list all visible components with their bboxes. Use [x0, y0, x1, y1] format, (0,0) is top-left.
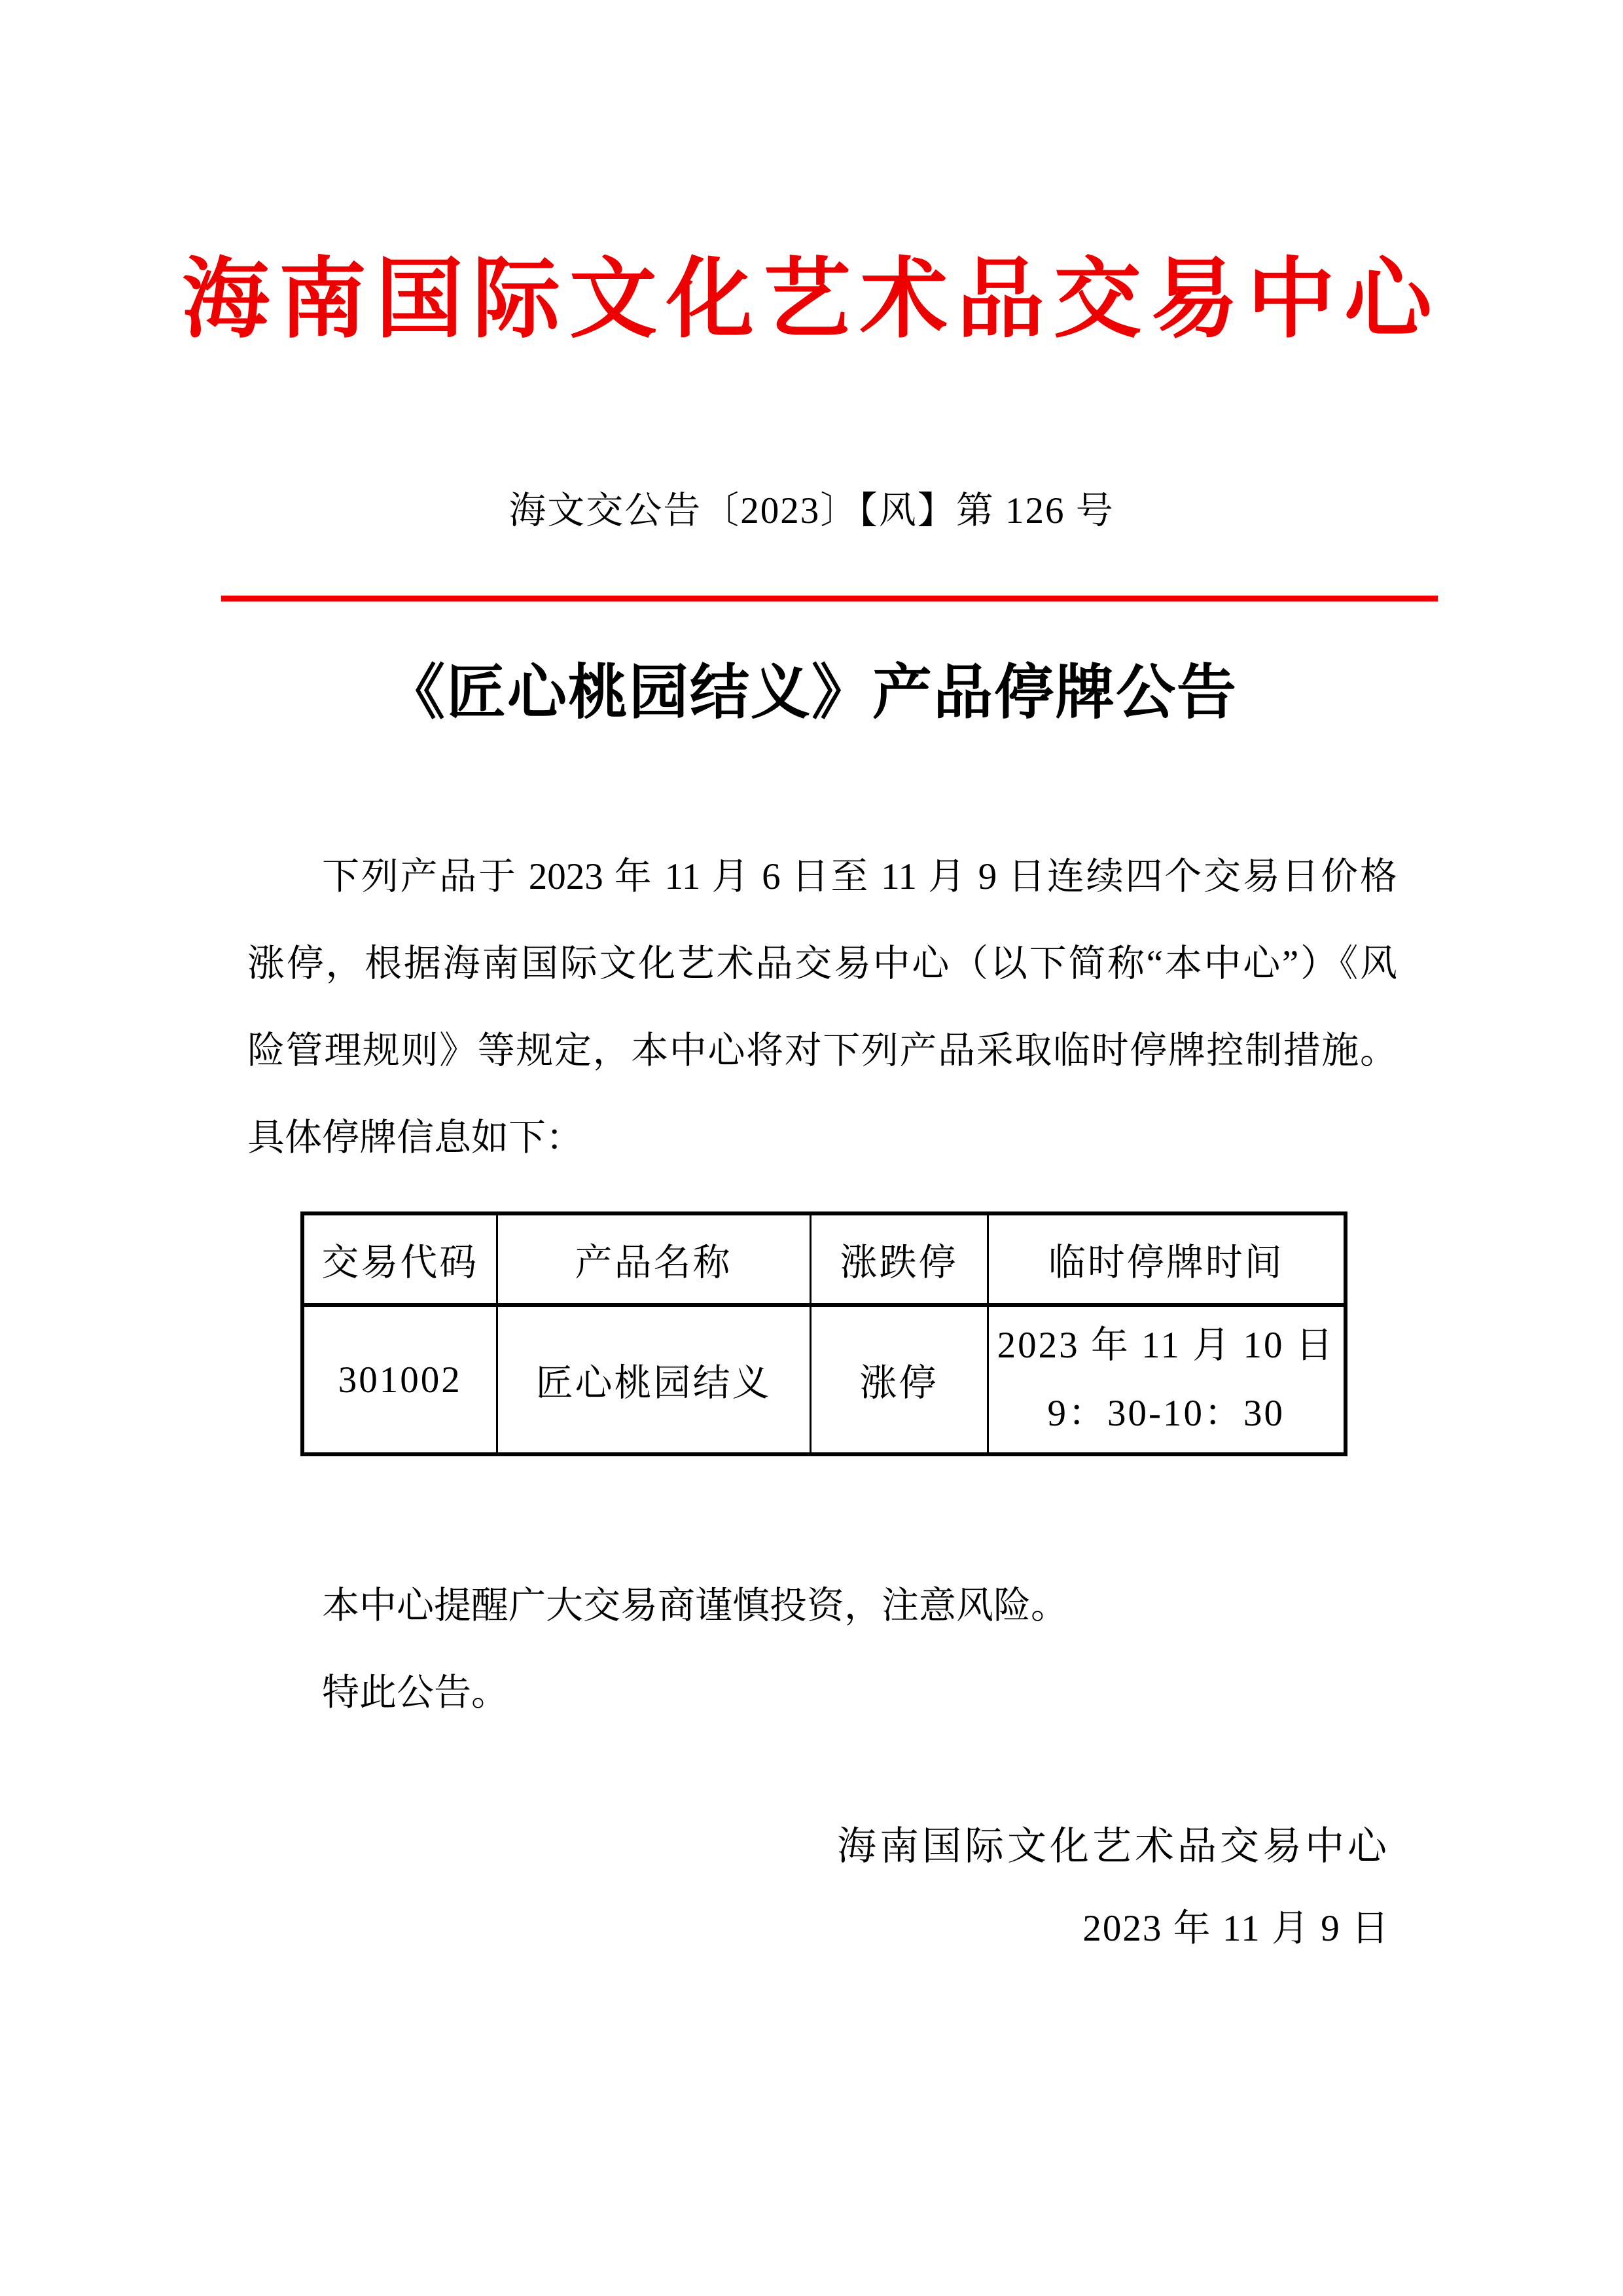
closing-paragraph: 本中心提醒广大交易商谨慎投资，注意风险。 特此公告。: [247, 1562, 1397, 1736]
announcement-document: 海南国际文化艺术品交易中心 海文交公告〔2023〕【风】第 126 号 《匠心桃…: [0, 0, 1623, 2296]
paragraph-line-2: 涨停，根据海南国际文化艺术品交易中心（以下简称“本中心”）《风: [247, 920, 1397, 1007]
paragraph-line-3: 险管理规则》等规定，本中心将对下列产品采取临时停牌控制措施。: [247, 1007, 1397, 1094]
cell-product-name: 匠心桃园结义: [497, 1305, 810, 1454]
header-trade-code: 交易代码: [302, 1213, 497, 1305]
header-suspension-time: 临时停牌时间: [988, 1213, 1346, 1305]
risk-reminder-line: 本中心提醒广大交易商谨慎投资，注意风险。: [247, 1562, 1397, 1649]
signature-org: 海南国际文化艺术品交易中心: [0, 1823, 1390, 1869]
suspension-table-wrapper: 交易代码 产品名称 涨跌停 临时停牌时间 301002 匠心桃园结义 涨停 20…: [300, 1211, 1623, 1456]
body-paragraph: 下列产品于 2023 年 11 月 6 日至 11 月 9 日连续四个交易日价格…: [247, 833, 1397, 1181]
announcement-title: 《匠心桃园结义》产品停牌公告: [0, 656, 1623, 730]
cell-limit-status: 涨停: [810, 1305, 988, 1454]
table-row: 301002 匠心桃园结义 涨停 2023 年 11 月 10 日 9：30-1…: [302, 1305, 1346, 1454]
red-divider-line: [221, 596, 1438, 601]
signature-block: 海南国际文化艺术品交易中心 2023 年 11 月 9 日: [0, 1823, 1623, 1949]
cell-suspension-time: 2023 年 11 月 10 日 9：30-10：30: [988, 1305, 1346, 1454]
paragraph-line-1: 下列产品于 2023 年 11 月 6 日至 11 月 9 日连续四个交易日价格: [247, 833, 1397, 920]
suspension-date: 2023 年 11 月 10 日: [989, 1312, 1344, 1380]
suspension-table: 交易代码 产品名称 涨跌停 临时停牌时间 301002 匠心桃园结义 涨停 20…: [300, 1211, 1347, 1456]
header-limit-status: 涨跌停: [810, 1213, 988, 1305]
signature-date: 2023 年 11 月 9 日: [0, 1909, 1390, 1949]
header-product-name: 产品名称: [497, 1213, 810, 1305]
paragraph-line-4: 具体停牌信息如下：: [247, 1094, 1397, 1181]
cell-trade-code: 301002: [302, 1305, 497, 1454]
doc-number: 海文交公告〔2023〕【风】第 126 号: [0, 491, 1623, 531]
table-header-row: 交易代码 产品名称 涨跌停 临时停牌时间: [302, 1213, 1346, 1305]
suspension-hours: 9：30-10：30: [989, 1380, 1344, 1448]
hereby-announce-line: 特此公告。: [247, 1649, 1397, 1736]
org-letterhead-title: 海南国际文化艺术品交易中心: [0, 0, 1623, 352]
